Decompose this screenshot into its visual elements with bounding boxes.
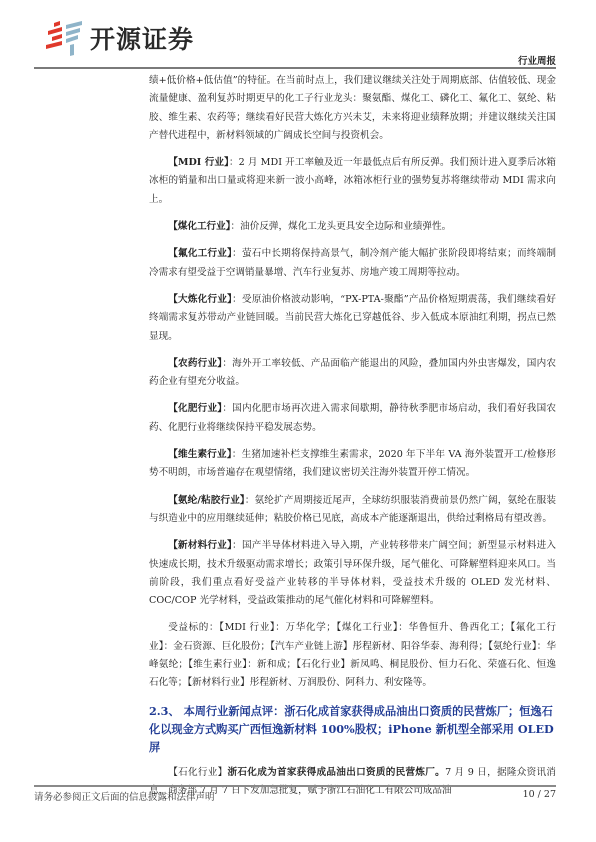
paragraph-new-materials: 【新材料行业】：国产半导体材料进入导入期，产业转移带来广阔空间；新型显示材料进入… [149,537,556,610]
tag-new-materials: 【新材料行业】 [168,540,232,551]
paragraph-fluorochemical: 【氟化工行业】：萤石中长期将保持高景气，制冷剂产能大幅扩张阶段即将结束；而终端制… [149,245,556,282]
tag-fertilizer: 【化肥行业】 [168,403,222,414]
paragraph-fertilizer: 【化肥行业】：国内化肥市场再次进入需求间歇期，静待秋季肥市场启动，我们看好我国农… [149,400,556,437]
section-title: 本周行业新闻点评：浙石化成首家获得成品油出口资质的民营炼厂；恒逸石化以现金方式购… [149,704,554,754]
paragraph-vitamin: 【维生素行业】：生猪加速补栏支撑维生素需求，2020 年下半年 VA 海外装置开… [149,446,556,483]
news-headline: 浙石化成为首家获得成品油出口资质的民营炼厂。 [228,767,446,778]
beneficiaries-paragraph: 受益标的：【MDI 行业】：万华化学；【煤化工行业】：华鲁恒升、鲁西化工；【氟化… [149,619,556,692]
document-body: 绩+低价格+低估值”的特征。在当前时点上，我们建议继续关注处于周期底部、估值较低… [149,72,556,809]
tag-refining: 【大炼化行业】 [168,294,232,305]
tag-vitamin: 【维生素行业】 [168,449,232,460]
paragraph-coal-chemical: 【煤化工行业】：油价反弹，煤化工龙头更具安全边际和业绩弹性。 [149,218,556,236]
tag-mdi: 【MDI 行业】 [168,157,229,168]
section-number: 2.3、 [149,704,180,718]
tag-pesticide: 【农药行业】 [168,358,222,369]
footer-disclaimer: 请务必参阅正文后面的信息披露和法律声明 [34,789,215,803]
footer-divider [34,785,556,787]
company-logo: 开源证券 [44,18,194,58]
report-type-label: 行业周报 [518,53,556,67]
logo-mark-icon [44,19,84,57]
tag-fluorochemical: 【氟化工行业】 [168,248,232,259]
paragraph-mdi: 【MDI 行业】：2 月 MDI 开工率触及近一年最低点后有所反弹。我们预计进入… [149,154,556,209]
paragraph-text: ：油价反弹，煤化工龙头更具安全边际和业绩弹性。 [231,221,452,232]
header-divider [34,67,556,69]
paragraph-spandex-viscose: 【氨纶/粘胶行业】：氨纶扩产周期接近尾声，全球纺织服装消费前景仍然广阔，氨纶在服… [149,492,556,529]
section-heading: 2.3、 本周行业新闻点评：浙石化成首家获得成品油出口资质的民营炼厂；恒逸石化以… [149,702,556,756]
tag-spandex-viscose: 【氨纶/粘胶行业】 [168,495,245,506]
paragraph-refining: 【大炼化行业】：受原油价格波动影响，“PX-PTA-聚酯”产品价格短期震荡，我们… [149,291,556,346]
page-number: 10 / 27 [523,789,556,800]
intro-paragraph: 绩+低价格+低估值”的特征。在当前时点上，我们建议继续关注处于周期底部、估值较低… [149,72,556,145]
news-tag: 【石化行业】 [168,767,227,778]
paragraph-pesticide: 【农药行业】：海外开工率较低、产品面临产能退出的风险，叠加国内外虫害爆发，国内农… [149,355,556,392]
company-name: 开源证券 [90,20,194,56]
tag-coal-chemical: 【煤化工行业】 [168,221,230,232]
